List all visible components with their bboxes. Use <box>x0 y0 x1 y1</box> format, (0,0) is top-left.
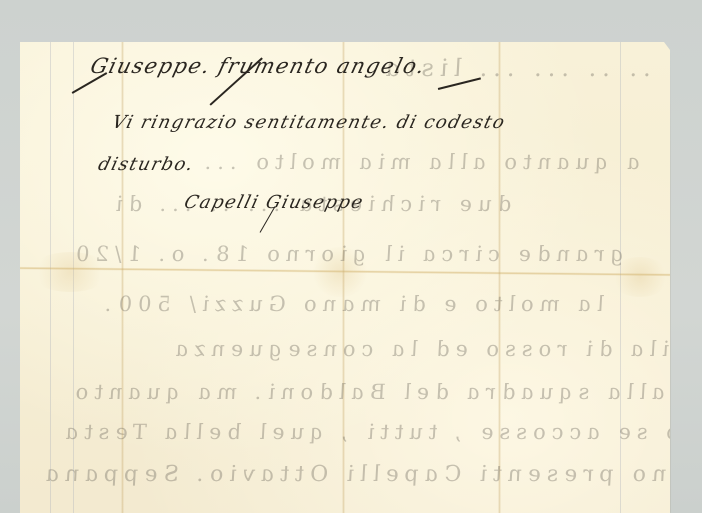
letter-line-closing: disturbo. <box>96 154 196 175</box>
bleed-through-line: caso se accosse , tutti , quel bella Tes… <box>57 420 670 444</box>
bleed-through-line: finiscila di rosso ed la conseguenza <box>167 337 670 361</box>
letter-line-greeting: Giuseppe. frumento angelo. <box>88 54 428 78</box>
bleed-through-line: la molto e di mano Guzzi/ 500. <box>97 292 607 316</box>
bleed-through-line: alla squadra del Baldoni. ma quanto <box>67 380 668 404</box>
bleed-through-line: a quanto alla mia molto ... <box>197 150 643 174</box>
bleed-through-line: sono presenti Capelli Ottavio. Seppana <box>37 462 670 487</box>
bleed-through-line: grande circa il giorno 18. o. 1/20 <box>67 242 627 266</box>
letter-paper: Bo .......... ... .. .. ... ... lista a … <box>20 42 670 513</box>
letter-line-thanks: Vi ringrazio sentitamente. di codesto <box>110 112 508 133</box>
signature: Capelli Giuseppe <box>182 192 366 213</box>
